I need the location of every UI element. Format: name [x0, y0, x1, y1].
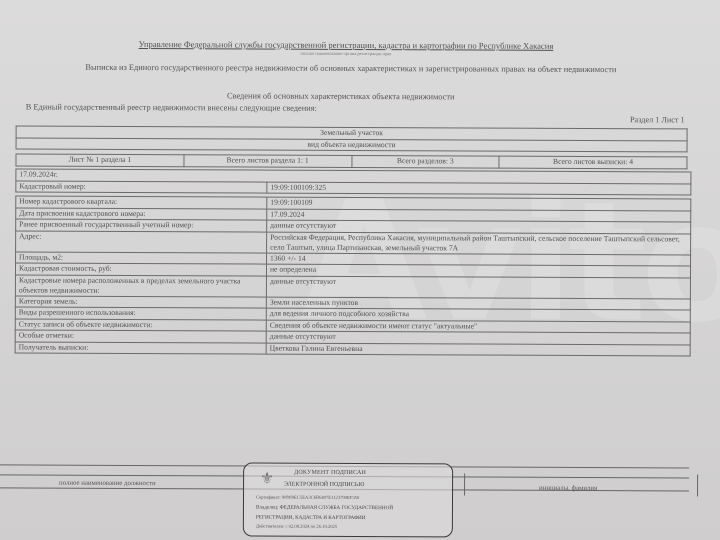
name-caption: инициалы, фамилия [539, 485, 597, 492]
stamp-validity: Действителен: с 02.08.2024 по 26.10.2025 [256, 524, 337, 529]
row-value: Цветкова Галина Евгеньевна [266, 343, 690, 356]
total-sheets-extract: Всего листов выписки: 4 [499, 156, 687, 168]
row-label: Адрес: [16, 230, 267, 252]
stamp-line-1: ДОКУМЕНТ ПОДПИСАН [294, 470, 366, 476]
intro-text: В Единый государственный реестр недвижим… [26, 103, 317, 113]
characteristics-table: 17.09.2024г. Кадастровый номер: 19:09:10… [15, 168, 692, 356]
stamp-owner-2: РЕГИСТРАЦИИ, КАДАСТРА И КАРТОГРАФИИ [256, 515, 366, 521]
stamp-line-2: ЭЛЕКТРОННОЙ ПОДПИСЬЮ [284, 482, 364, 488]
total-sheets-section: Всего листов раздела 1: 1 [184, 155, 352, 167]
row-label: Получатель выписки: [15, 341, 266, 354]
stamp-certificate: Сертификат: 00f9f0EC5EA3C6B6497E1123790E… [256, 495, 359, 500]
document-page: Avito Управление Федеральной службы госу… [0, 0, 720, 540]
stamp-owner-1: Владелец: ФЕДЕРАЛЬНАЯ СЛУЖБА ГОСУДАРСТВЕ… [256, 505, 393, 512]
eagle-emblem-icon: ⚜ [258, 468, 276, 492]
sheet-number: Лист № 1 раздела 1 [16, 154, 184, 166]
table-row: Адрес:Российская Федерация, Республика Х… [16, 230, 691, 254]
section-title: Сведения об основных характеристиках объ… [1, 90, 681, 102]
row-value: Российская Федерация, Республика Хакасия… [267, 232, 691, 255]
object-header-table: Земельный участок вид объекта недвижимос… [15, 125, 687, 168]
row-label: Кадастровые номера расположенных в преде… [15, 274, 266, 296]
table-row: Кадастровые номера расположенных в преде… [15, 274, 690, 298]
doc-title: Выписка из Единого государственного реес… [1, 62, 701, 74]
position-caption: полное наименование должности [59, 480, 156, 487]
e-signature-stamp: ⚜ ДОКУМЕНТ ПОДПИСАН ЭЛЕКТРОННОЙ ПОДПИСЬЮ… [243, 462, 453, 537]
row-value: данные отсутствуют [266, 276, 690, 299]
total-sections: Всего разделов: 3 [351, 155, 499, 167]
table-row: Получатель выписки:Цветкова Галина Евген… [15, 341, 690, 355]
sheet-reference: Раздел 1 Лист 1 [630, 115, 685, 124]
